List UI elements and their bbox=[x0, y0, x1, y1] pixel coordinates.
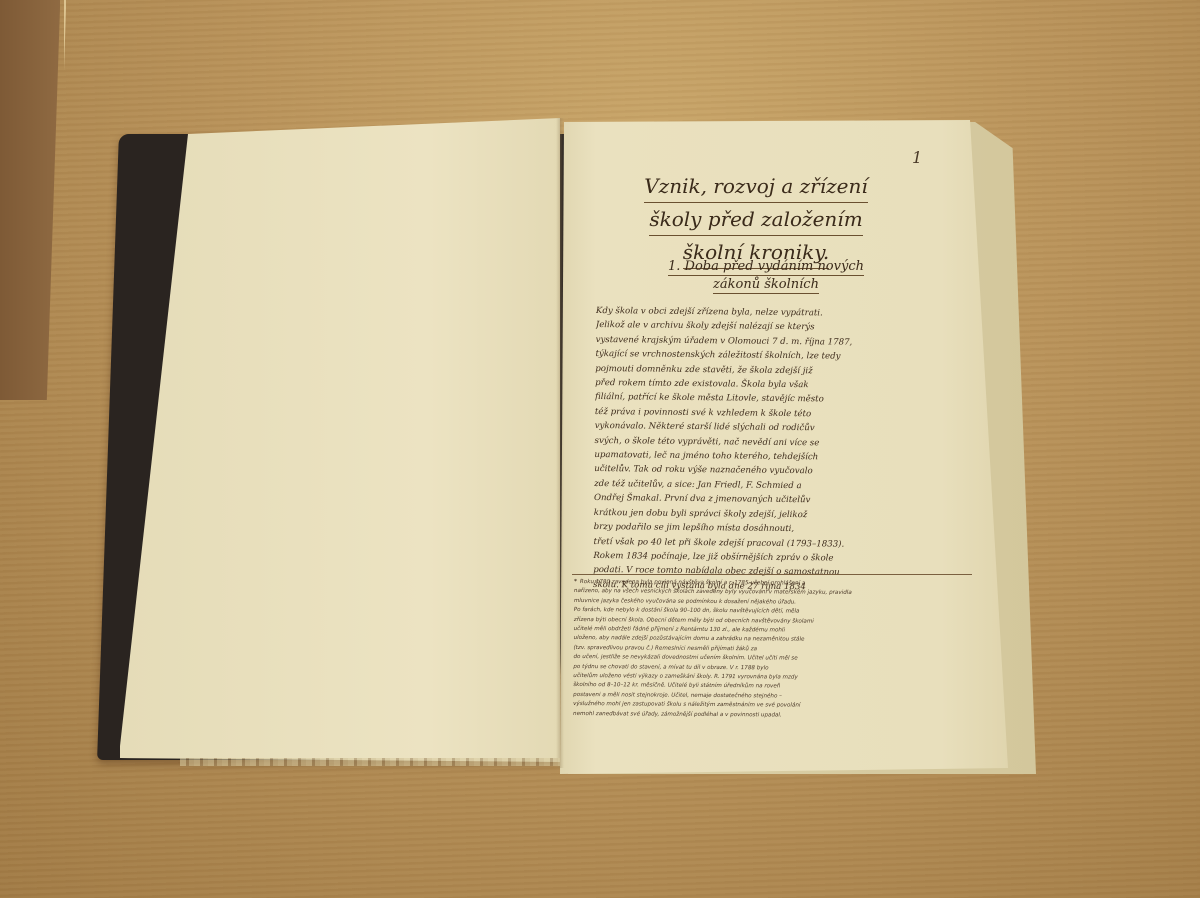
section-heading: 1. Doba před vydáním nových zákonů školn… bbox=[656, 258, 876, 294]
subtitle-line: zákonů školních bbox=[713, 276, 819, 294]
page-number: 1 bbox=[912, 148, 922, 167]
book-gutter bbox=[556, 118, 564, 768]
open-book: 1 Vznik, rozvoj a zřízení školy před zal… bbox=[0, 0, 1200, 898]
footnote-marker: * bbox=[574, 579, 577, 585]
footnote: *Roku 1780 zavedena byla povinná návštěv… bbox=[573, 578, 994, 722]
page-title: Vznik, rozvoj a zřízení školy před založ… bbox=[616, 170, 896, 269]
right-page: 1 Vznik, rozvoj a zřízení školy před zal… bbox=[560, 118, 1008, 774]
subtitle-line: 1. Doba před vydáním nových bbox=[668, 258, 864, 276]
handwritten-body: Kdy škola v obci zdejší zřízena byla, ne… bbox=[593, 304, 970, 596]
worn-page-edge bbox=[180, 758, 560, 766]
title-line: školy před založením bbox=[649, 203, 862, 236]
left-page-blank bbox=[120, 118, 560, 762]
title-line: Vznik, rozvoj a zřízení bbox=[644, 170, 868, 203]
footnote-line: nemohl zanedbávat své úřady, zámožnější … bbox=[573, 710, 993, 722]
footnote-divider bbox=[572, 574, 972, 575]
